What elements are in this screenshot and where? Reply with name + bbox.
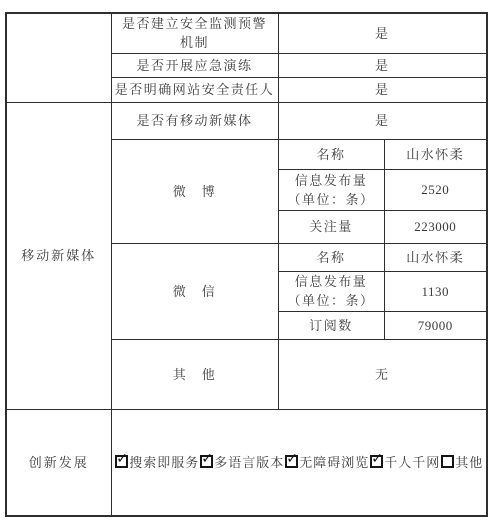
document-page: 是否建立安全监测预警 机制 是 是否开展应急演练 是 是否明确网站安全责任人 是… <box>0 0 492 530</box>
other-media-label: 其 他 <box>111 339 278 409</box>
innovation-options-cell: 搜索即服务多语言版本无障碍浏览千人千网其他 <box>111 409 487 516</box>
wechat-name-label: 名称 <box>278 243 384 271</box>
question-label-line2: 机制 <box>114 33 276 52</box>
posts-label-line1: 信息发布量 <box>281 272 382 291</box>
annual-report-table: 是否建立安全监测预警 机制 是 是否开展应急演练 是 是否明确网站安全责任人 是… <box>5 12 488 517</box>
has-mobile-media-question: 是否有移动新媒体 <box>111 102 278 139</box>
security-question-responsible: 是否明确网站安全责任人 <box>111 77 278 102</box>
security-answer-monitoring: 是 <box>278 13 487 53</box>
weibo-posts-label: 信息发布量 （单位：条） <box>278 169 384 210</box>
security-answer-responsible: 是 <box>278 77 487 102</box>
weibo-followers-label: 关注量 <box>278 210 384 243</box>
posts-label-line2: （单位：条） <box>281 190 382 209</box>
checkbox-icon[interactable] <box>441 455 454 468</box>
checkbox-icon[interactable] <box>370 455 383 468</box>
checkbox-label: 其他 <box>455 455 483 470</box>
innovation-option-multilang: 多语言版本 <box>199 453 284 472</box>
other-media-value: 无 <box>278 339 487 409</box>
weibo-name-label: 名称 <box>278 139 384 169</box>
wechat-posts-label: 信息发布量 （单位：条） <box>278 271 384 311</box>
checkbox-icon[interactable] <box>200 455 213 468</box>
table-row: 创新发展 搜索即服务多语言版本无障碍浏览千人千网其他 <box>6 409 487 516</box>
innovation-section-label: 创新发展 <box>6 409 111 516</box>
table-row: 是否建立安全监测预警 机制 是 <box>6 13 487 53</box>
checkbox-label: 多语言版本 <box>214 455 284 470</box>
has-mobile-media-answer: 是 <box>278 102 487 139</box>
weibo-label-cell: 微 博 <box>111 139 278 243</box>
mobile-media-section-label: 移动新媒体 <box>6 102 111 409</box>
innovation-option-search: 搜索即服务 <box>114 453 199 472</box>
posts-label-line2: （单位：条） <box>281 291 382 310</box>
wechat-name-value: 山水怀柔 <box>384 243 487 271</box>
checkbox-label: 搜索即服务 <box>129 455 199 470</box>
left-spacer-cell <box>6 13 111 102</box>
innovation-option-accessibility: 无障碍浏览 <box>284 453 369 472</box>
security-question-monitoring: 是否建立安全监测预警 机制 <box>111 13 278 53</box>
security-answer-drill: 是 <box>278 53 487 77</box>
wechat-subscribers-label: 订阅数 <box>278 311 384 339</box>
weibo-posts-value: 2520 <box>384 169 487 210</box>
innovation-option-personalized: 千人千网 <box>369 453 440 472</box>
wechat-label-cell: 微 信 <box>111 243 278 339</box>
weibo-followers-value: 223000 <box>384 210 487 243</box>
checkbox-icon[interactable] <box>115 455 128 468</box>
posts-label-line1: 信息发布量 <box>281 171 382 190</box>
security-question-drill: 是否开展应急演练 <box>111 53 278 77</box>
checkbox-label: 千人千网 <box>384 455 440 470</box>
checkbox-icon[interactable] <box>285 455 298 468</box>
weibo-name-value: 山水怀柔 <box>384 139 487 169</box>
question-label-line1: 是否建立安全监测预警 <box>114 14 276 33</box>
table-row: 移动新媒体 是否有移动新媒体 是 <box>6 102 487 139</box>
innovation-option-other: 其他 <box>440 453 483 472</box>
checkbox-label: 无障碍浏览 <box>299 455 369 470</box>
wechat-posts-value: 1130 <box>384 271 487 311</box>
wechat-subscribers-value: 79000 <box>384 311 487 339</box>
